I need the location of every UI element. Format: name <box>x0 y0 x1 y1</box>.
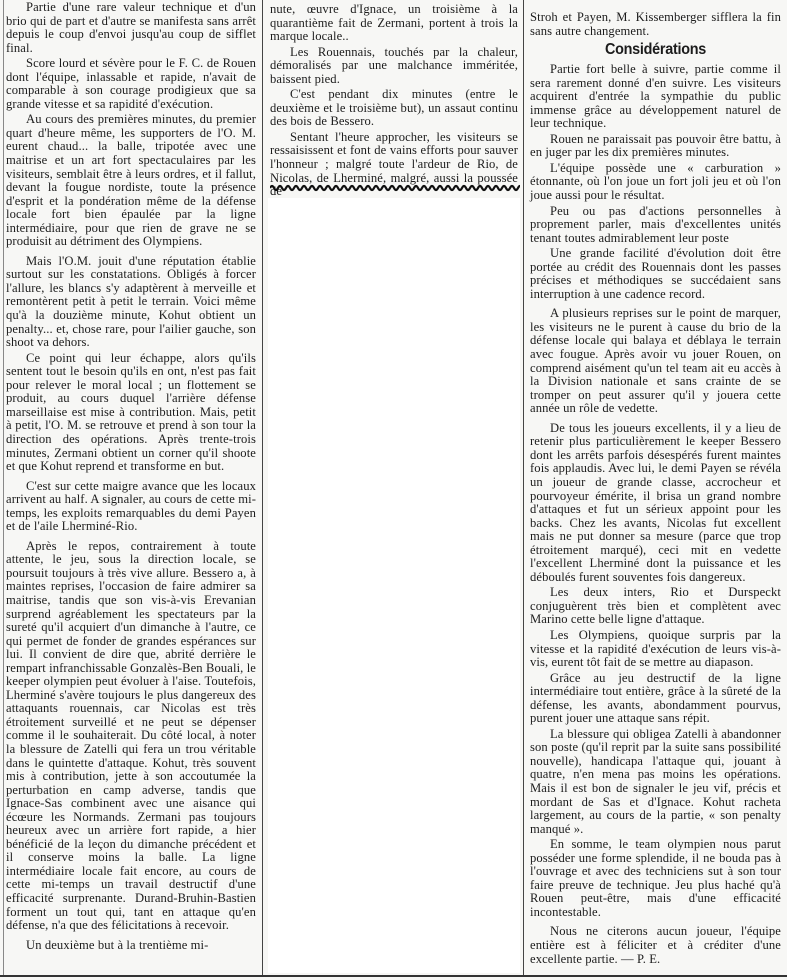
paragraph: Une grande facilité d'évolution doit êtr… <box>530 247 781 301</box>
newspaper-page: Partie d'une rare valeur technique et d'… <box>0 0 787 980</box>
paragraph: Un deuxième but à la trentième mi- <box>6 939 256 953</box>
middle-column: nute, œuvre d'Ignace, un troisième à la … <box>270 3 518 201</box>
section-heading: Considérations <box>543 40 769 60</box>
paragraph: Nous ne citerons aucun joueur, l'équipe … <box>530 925 781 966</box>
paragraph: A plusieurs reprises sur le point de mar… <box>530 307 781 415</box>
wavy-separator-rule <box>270 183 520 193</box>
paragraph: En somme, le team olympien nous parut po… <box>530 838 781 919</box>
column-rule-left <box>262 0 263 975</box>
paragraph: C'est pendant dix minutes (entre le deux… <box>270 88 518 129</box>
paragraph: L'équipe possède une « carburation » éto… <box>530 162 781 203</box>
left-column: Partie d'une rare valeur technique et d'… <box>6 1 256 954</box>
paragraph: Grâce au jeu destructif de la ligne inte… <box>530 672 781 726</box>
paragraph: Les Rouennais, touchés par la chaleur, d… <box>270 46 518 87</box>
paragraph: Au cours des premières minutes, du premi… <box>6 113 256 248</box>
paragraph: C'est sur cette maigre avance que les lo… <box>6 480 256 534</box>
blank-area <box>268 198 520 973</box>
paragraph: nute, œuvre d'Ignace, un troisième à la … <box>270 3 518 44</box>
paragraph: Rouen ne paraissait pas pouvoir être bat… <box>530 133 781 160</box>
paragraph: Score lourd et sévère pour le F. C. de R… <box>6 57 256 111</box>
right-column: Stroh et Payen, M. Kissemberger sifflera… <box>530 11 781 968</box>
paragraph: Ce point qui leur échappe, alors qu'ils … <box>6 352 256 474</box>
paragraph: Partie d'une rare valeur technique et d'… <box>6 1 256 55</box>
paragraph: Partie fort belle à suivre, partie comme… <box>530 63 781 131</box>
paragraph: Les Olympiens, quoique surpris par la vi… <box>530 629 781 670</box>
paragraph: Mais l'O.M. jouit d'une réputation établ… <box>6 255 256 350</box>
paragraph: Les deux inters, Rio et Durspeckt conjug… <box>530 586 781 627</box>
page-edge-rule <box>3 0 4 975</box>
bottom-rule <box>0 975 787 977</box>
paragraph: De tous les joueurs excellents, il y a l… <box>530 422 781 585</box>
paragraph: Après le repos, contrairement à toute at… <box>6 540 256 933</box>
paragraph: Stroh et Payen, M. Kissemberger sifflera… <box>530 11 781 38</box>
paragraph: Peu ou pas d'actions personnelles à prop… <box>530 205 781 246</box>
paragraph: La blessure qui obligea Zatelli à abando… <box>530 728 781 836</box>
column-rule-right <box>523 0 524 975</box>
